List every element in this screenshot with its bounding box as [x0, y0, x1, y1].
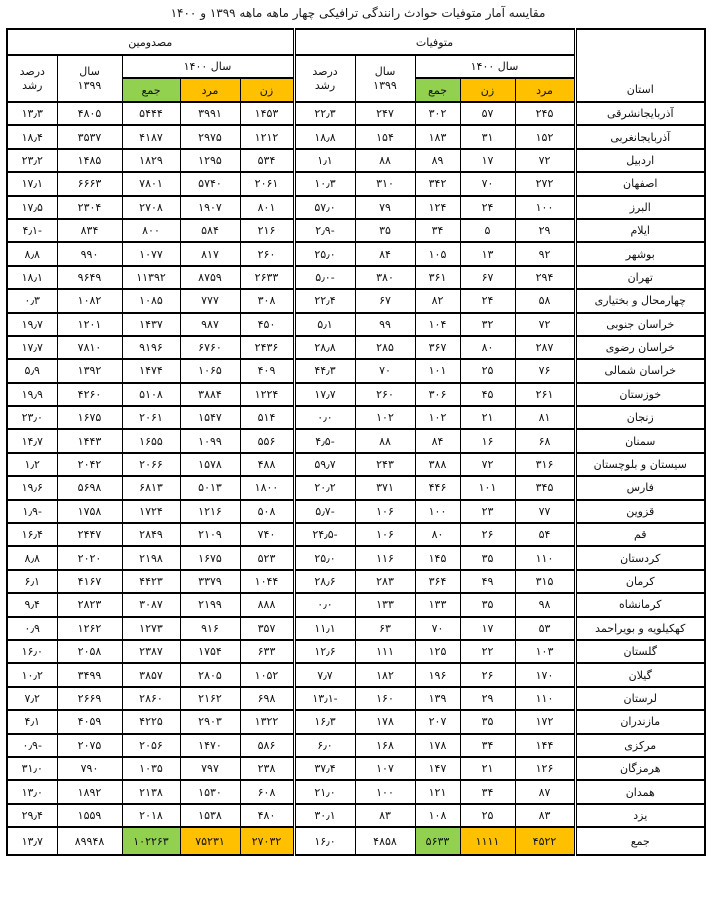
province-name: خراسان جنوبی: [575, 313, 705, 336]
injured-total: ۱۶۵۵: [122, 429, 180, 452]
injured-1399: ۲۰۲۰: [57, 546, 122, 569]
injured-total: ۱۲۷۳: [122, 617, 180, 640]
injured-male: ۲۹۷۵: [180, 125, 240, 148]
injured-growth: ۱٫۹-: [7, 500, 57, 523]
injured-female: ۶۳۳: [240, 640, 294, 663]
deaths-female: ۳۴: [460, 734, 515, 757]
injured-1399: ۸۹۹۴۸: [57, 827, 122, 855]
deaths-growth: ۴۴٫۳: [294, 359, 355, 382]
province-name: خراسان شمالی: [575, 359, 705, 382]
injured-total: ۲۰۱۸: [122, 804, 180, 827]
deaths-growth: ۳۰٫۱: [294, 804, 355, 827]
injured-male: ۷۹۷: [180, 757, 240, 780]
table-row: قم۵۴۲۶۸۰۱۰۶۲۴٫۵-۷۴۰۲۱۰۹۲۸۴۹۲۴۴۷۱۶٫۴: [7, 523, 705, 546]
deaths-male: ۵۳: [515, 617, 575, 640]
deaths-total: ۷۰: [415, 617, 460, 640]
deaths-female: ۲۱: [460, 406, 515, 429]
year1399-line2: ۱۳۹۹: [357, 79, 414, 93]
deaths-growth: ۲۵٫۰: [294, 242, 355, 265]
injured-1399: ۴۸۰۵: [57, 102, 122, 125]
deaths-total: ۱۰۸: [415, 804, 460, 827]
injured-1399: ۱۵۵۹: [57, 804, 122, 827]
group-header-deaths: متوفیات: [294, 29, 575, 55]
growth-line1: درصد: [9, 65, 56, 79]
table-row: لرستان۱۱۰۲۹۱۳۹۱۶۰۱۳٫۱-۶۹۸۲۱۶۲۲۸۶۰۲۶۶۹۷٫۲: [7, 687, 705, 710]
injured-female: ۳۰۸: [240, 289, 294, 312]
injured-female: ۲۶۳۳: [240, 266, 294, 289]
deaths-1399: ۱۱۱: [355, 640, 415, 663]
deaths-female: ۲۶: [460, 523, 515, 546]
table-row: ایلام۲۹۵۳۴۳۵۲٫۹-۲۱۶۵۸۴۸۰۰۸۳۴۴٫۱-: [7, 219, 705, 242]
deaths-female: ۳۵: [460, 593, 515, 616]
deaths-1399: ۳۷۱: [355, 476, 415, 499]
injured-male: ۹۸۷: [180, 313, 240, 336]
deaths-1399: ۱۰۷: [355, 757, 415, 780]
province-name: قم: [575, 523, 705, 546]
province-name: زنجان: [575, 406, 705, 429]
province-name: جمع: [575, 827, 705, 855]
deaths-total: ۸۹: [415, 149, 460, 172]
deaths-growth: ۲۲٫۴: [294, 289, 355, 312]
injured-1399: ۲۰۷۵: [57, 734, 122, 757]
deaths-sum-header: جمع: [415, 78, 460, 102]
injured-female: ۶۰۸: [240, 780, 294, 803]
growth-line2: رشد: [297, 79, 354, 93]
injured-female: ۱۸۰۰: [240, 476, 294, 499]
injured-male: ۱۲۹۵: [180, 149, 240, 172]
deaths-1399: ۳۸۰: [355, 266, 415, 289]
deaths-male: ۷۶: [515, 359, 575, 382]
deaths-total: ۱۰۴: [415, 313, 460, 336]
injured-growth: ۴٫۱: [7, 710, 57, 733]
injured-growth: ۸٫۸: [7, 242, 57, 265]
deaths-growth: ۰٫۰: [294, 593, 355, 616]
injured-growth: ۱۷٫۷: [7, 336, 57, 359]
injured-growth: ۱۹٫۹: [7, 383, 57, 406]
injured-female: ۵۱۴: [240, 406, 294, 429]
deaths-female: ۷۲: [460, 453, 515, 476]
province-name: سیستان و بلوچستان: [575, 453, 705, 476]
deaths-total: ۳۴۲: [415, 172, 460, 195]
injured-growth: ۲۳٫۲: [7, 149, 57, 172]
deaths-female: ۶۷: [460, 266, 515, 289]
year1399-line2: ۱۳۹۹: [59, 79, 121, 93]
deaths-male: ۶۸: [515, 429, 575, 452]
injured-1399: ۲۴۴۷: [57, 523, 122, 546]
province-name: یزد: [575, 804, 705, 827]
deaths-female: ۳۴: [460, 780, 515, 803]
deaths-growth: ۱۱٫۱: [294, 617, 355, 640]
table-row: خوزستان۲۶۱۴۵۳۰۶۲۶۰۱۷٫۷۱۲۲۴۳۸۸۴۵۱۰۸۴۲۶۰۱۹…: [7, 383, 705, 406]
deaths-1399: ۲۴۳: [355, 453, 415, 476]
deaths-growth: ۱۷٫۷: [294, 383, 355, 406]
injured-growth: ۱۶٫۰: [7, 640, 57, 663]
deaths-growth: ۲۴٫۵-: [294, 523, 355, 546]
deaths-growth: ۲۸٫۸: [294, 336, 355, 359]
deaths-growth: ۲۲٫۳: [294, 102, 355, 125]
deaths-total: ۳۶۷: [415, 336, 460, 359]
deaths-total: ۱۳۹: [415, 687, 460, 710]
deaths-total: ۱۲۵: [415, 640, 460, 663]
injured-male: ۷۵۲۳۱: [180, 827, 240, 855]
injured-male: ۵۰۱۳: [180, 476, 240, 499]
injured-1399: ۶۶۶۳: [57, 172, 122, 195]
injured-total: ۲۱۹۸: [122, 546, 180, 569]
injured-female: ۱۰۵۲: [240, 663, 294, 686]
table-row: خراسان رضوی۲۸۷۸۰۳۶۷۲۸۵۲۸٫۸۲۴۳۶۶۷۶۰۹۱۹۶۷۸…: [7, 336, 705, 359]
province-name: گلستان: [575, 640, 705, 663]
deaths-1399: ۷۰: [355, 359, 415, 382]
deaths-1399: ۱۳۳: [355, 593, 415, 616]
deaths-female: ۲۴: [460, 289, 515, 312]
deaths-growth: ۵٫۰-: [294, 266, 355, 289]
injured-1399: ۱۴۸۵: [57, 149, 122, 172]
injured-total: ۲۰۶۱: [122, 406, 180, 429]
deaths-female: ۲۵: [460, 359, 515, 382]
deaths-male: ۲۴۵: [515, 102, 575, 125]
deaths-1399: ۸۳: [355, 804, 415, 827]
injured-total: ۷۸۰۱: [122, 172, 180, 195]
deaths-total: ۴۴۶: [415, 476, 460, 499]
injured-total: ۹۱۹۶: [122, 336, 180, 359]
table-row: قزوین۷۷۲۳۱۰۰۱۰۶۵٫۷-۵۰۸۱۲۱۶۱۷۲۴۱۷۵۸۱٫۹-: [7, 500, 705, 523]
deaths-male: ۷۲: [515, 313, 575, 336]
deaths-1399: ۱۰۲: [355, 406, 415, 429]
province-name: لرستان: [575, 687, 705, 710]
year1399-line1: سال: [59, 65, 121, 79]
injured-growth: ۱۳٫۷: [7, 827, 57, 855]
deaths-female: ۷۰: [460, 172, 515, 195]
deaths-1399: ۷۹: [355, 196, 415, 219]
deaths-male: ۵۴: [515, 523, 575, 546]
injured-male: ۱۹۰۷: [180, 196, 240, 219]
province-name: البرز: [575, 196, 705, 219]
growth-line2: رشد: [9, 79, 56, 93]
deaths-female: ۲۴: [460, 196, 515, 219]
deaths-total: ۱۰۲: [415, 406, 460, 429]
deaths-male: ۳۱۵: [515, 570, 575, 593]
deaths-1399: ۸۴: [355, 242, 415, 265]
injured-1399: ۱۴۴۳: [57, 429, 122, 452]
deaths-total: ۸۲: [415, 289, 460, 312]
deaths-1399: ۱۰۰: [355, 780, 415, 803]
table-row: اردبیل۷۲۱۷۸۹۸۸۱٫۱۵۳۴۱۲۹۵۱۸۲۹۱۴۸۵۲۳٫۲: [7, 149, 705, 172]
injured-male: ۱۶۷۵: [180, 546, 240, 569]
injured-male: ۳۹۹۱: [180, 102, 240, 125]
table-body: آذربایجانشرقی۲۴۵۵۷۳۰۲۲۴۷۲۲٫۳۱۴۵۳۳۹۹۱۵۴۴۴…: [7, 102, 705, 855]
deaths-total: ۲۰۷: [415, 710, 460, 733]
province-name: آذربایجانشرقی: [575, 102, 705, 125]
injured-female: ۲۶۰: [240, 242, 294, 265]
injured-male: ۶۷۶۰: [180, 336, 240, 359]
deaths-female: ۴۵: [460, 383, 515, 406]
deaths-female: ۳۲: [460, 313, 515, 336]
injured-female: ۴۵۰: [240, 313, 294, 336]
injured-female: ۲۳۸: [240, 757, 294, 780]
table-row: کردستان۱۱۰۳۵۱۴۵۱۱۶۲۵٫۰۵۲۳۱۶۷۵۲۱۹۸۲۰۲۰۸٫۸: [7, 546, 705, 569]
injured-total: ۱۷۲۴: [122, 500, 180, 523]
table-row: مازندران۱۷۲۳۵۲۰۷۱۷۸۱۶٫۳۱۳۲۲۲۹۰۳۴۲۲۵۴۰۵۹۴…: [7, 710, 705, 733]
table-row: سیستان و بلوچستان۳۱۶۷۲۳۸۸۲۴۳۵۹٫۷۴۸۸۱۵۷۸۲…: [7, 453, 705, 476]
injured-total: ۲۳۸۷: [122, 640, 180, 663]
province-name: خراسان رضوی: [575, 336, 705, 359]
table-row: آذربایجانغربی۱۵۲۳۱۱۸۳۱۵۴۱۸٫۸۱۲۱۲۲۹۷۵۴۱۸۷…: [7, 125, 705, 148]
deaths-total: ۳۰۶: [415, 383, 460, 406]
injured-male: ۲۹۰۳: [180, 710, 240, 733]
deaths-total: ۸۰: [415, 523, 460, 546]
injured-1399: ۵۶۹۸: [57, 476, 122, 499]
injured-female: ۴۰۹: [240, 359, 294, 382]
injured-total: ۵۱۰۸: [122, 383, 180, 406]
injured-growth: ۸٫۸: [7, 546, 57, 569]
injured-total: ۳۰۸۷: [122, 593, 180, 616]
header-row-groups: استان متوفیات مصدومین: [7, 29, 705, 55]
deaths-total: ۳۴: [415, 219, 460, 242]
injured-female: ۲۱۶: [240, 219, 294, 242]
injured-total: ۱۱۳۹۲: [122, 266, 180, 289]
province-name: کهکیلویه و بویراحمد: [575, 617, 705, 640]
injured-male: ۱۵۳۸: [180, 804, 240, 827]
injured-male: ۲۱۹۹: [180, 593, 240, 616]
deaths-1399: ۹۹: [355, 313, 415, 336]
deaths-growth: ۱۶٫۰: [294, 827, 355, 855]
deaths-growth: ۱۳٫۱-: [294, 687, 355, 710]
deaths-female: ۱۶: [460, 429, 515, 452]
injured-female: ۵۲۳: [240, 546, 294, 569]
deaths-1399: ۱۵۴: [355, 125, 415, 148]
injured-growth: ۱۷٫۵: [7, 196, 57, 219]
deaths-growth: ۵۹٫۷: [294, 453, 355, 476]
deaths-growth: ۲۰٫۲: [294, 476, 355, 499]
injured-male: ۱۲۱۶: [180, 500, 240, 523]
deaths-1399: ۱۷۸: [355, 710, 415, 733]
injured-female: ۱۳۲۲: [240, 710, 294, 733]
deaths-1399: ۱۰۶: [355, 523, 415, 546]
injured-1399: ۲۶۶۹: [57, 687, 122, 710]
injured-growth: ۲۳٫۰: [7, 406, 57, 429]
province-name: همدان: [575, 780, 705, 803]
injured-total: ۶۸۱۳: [122, 476, 180, 499]
injured-male: ۹۱۶: [180, 617, 240, 640]
deaths-total: ۱۸۳: [415, 125, 460, 148]
injured-1399: ۱۲۰۱: [57, 313, 122, 336]
deaths-female: ۵۷: [460, 102, 515, 125]
table-row: آذربایجانشرقی۲۴۵۵۷۳۰۲۲۴۷۲۲٫۳۱۴۵۳۳۹۹۱۵۴۴۴…: [7, 102, 705, 125]
deaths-male: ۷۲: [515, 149, 575, 172]
province-name: ایلام: [575, 219, 705, 242]
injured-female: ۵۸۶: [240, 734, 294, 757]
deaths-male: ۹۸: [515, 593, 575, 616]
injured-growth: ۲۹٫۴: [7, 804, 57, 827]
deaths-total: ۳۶۴: [415, 570, 460, 593]
province-name: بوشهر: [575, 242, 705, 265]
injured-1399: ۳۴۹۹: [57, 663, 122, 686]
injured-male: ۸۷۵۹: [180, 266, 240, 289]
table-row: خراسان شمالی۷۶۲۵۱۰۱۷۰۴۴٫۳۴۰۹۱۰۶۵۱۴۷۴۱۳۹۲…: [7, 359, 705, 382]
injured-total: ۱۴۷۴: [122, 359, 180, 382]
deaths-female: ۵: [460, 219, 515, 242]
deaths-male: ۹۲: [515, 242, 575, 265]
deaths-total: ۳۸۸: [415, 453, 460, 476]
province-name: آذربایجانغربی: [575, 125, 705, 148]
injured-female: ۱۲۲۴: [240, 383, 294, 406]
province-name: فارس: [575, 476, 705, 499]
injured-female: ۴۸۰: [240, 804, 294, 827]
injured-male: ۵۸۴: [180, 219, 240, 242]
deaths-total: ۱۹۶: [415, 663, 460, 686]
deaths-female: ۲۵: [460, 804, 515, 827]
deaths-growth: ۱۰٫۳: [294, 172, 355, 195]
deaths-female: ۲۶: [460, 663, 515, 686]
injured-1399: ۹۹۰: [57, 242, 122, 265]
injured-female: ۳۵۷: [240, 617, 294, 640]
injured-growth: ۳۱٫۰: [7, 757, 57, 780]
injured-female: ۸۰۱: [240, 196, 294, 219]
deaths-growth: ۱۶٫۳: [294, 710, 355, 733]
injured-1399: ۱۶۷۵: [57, 406, 122, 429]
province-name: کرمان: [575, 570, 705, 593]
table-row: زنجان۸۱۲۱۱۰۲۱۰۲۰٫۰۵۱۴۱۵۴۷۲۰۶۱۱۶۷۵۲۳٫۰: [7, 406, 705, 429]
injured-1399: ۹۶۴۹: [57, 266, 122, 289]
injured-female: ۷۴۰: [240, 523, 294, 546]
injured-1399: ۳۵۳۷: [57, 125, 122, 148]
injured-total: ۱۰۸۵: [122, 289, 180, 312]
injured-total: ۴۴۲۳: [122, 570, 180, 593]
deaths-female: ۱۱۱۱: [460, 827, 515, 855]
injured-male: ۳۸۸۴: [180, 383, 240, 406]
deaths-female-header: زن: [460, 78, 515, 102]
deaths-growth-header: درصد رشد: [294, 55, 355, 102]
injured-female: ۵۵۶: [240, 429, 294, 452]
injured-total: ۲۰۶۶: [122, 453, 180, 476]
injured-growth: ۱۳٫۰: [7, 780, 57, 803]
deaths-female: ۳۵: [460, 546, 515, 569]
injured-male: ۲۸۰۵: [180, 663, 240, 686]
province-name: چهارمحال و بختیاری: [575, 289, 705, 312]
province-name: قزوین: [575, 500, 705, 523]
injured-total: ۲۰۵۶: [122, 734, 180, 757]
injured-male: ۸۱۷: [180, 242, 240, 265]
table-row: گلستان۱۰۳۲۲۱۲۵۱۱۱۱۲٫۶۶۳۳۱۷۵۴۲۳۸۷۲۰۵۸۱۶٫۰: [7, 640, 705, 663]
injured-1399: ۷۸۱۰: [57, 336, 122, 359]
deaths-total: ۱۴۵: [415, 546, 460, 569]
deaths-1399: ۱۱۶: [355, 546, 415, 569]
injured-growth: ۱۹٫۷: [7, 313, 57, 336]
injured-1399: ۱۰۸۲: [57, 289, 122, 312]
deaths-growth: ۵٫۱: [294, 313, 355, 336]
growth-line1: درصد: [297, 65, 354, 79]
deaths-female: ۱۳: [460, 242, 515, 265]
deaths-growth: ۶٫۰: [294, 734, 355, 757]
deaths-1399: ۶۳: [355, 617, 415, 640]
deaths-male: ۲۷۲: [515, 172, 575, 195]
deaths-total: ۱۰۱: [415, 359, 460, 382]
deaths-1399: ۳۵: [355, 219, 415, 242]
province-name: اردبیل: [575, 149, 705, 172]
deaths-male: ۱۴۴: [515, 734, 575, 757]
table-row: تهران۲۹۴۶۷۳۶۱۳۸۰۵٫۰-۲۶۳۳۸۷۵۹۱۱۳۹۲۹۶۴۹۱۸٫…: [7, 266, 705, 289]
deaths-male: ۱۰۳: [515, 640, 575, 663]
deaths-total: ۱۲۴: [415, 196, 460, 219]
deaths-male: ۳۴۵: [515, 476, 575, 499]
deaths-year1400-header: سال ۱۴۰۰: [415, 55, 575, 78]
stats-table: استان متوفیات مصدومین سال ۱۴۰۰ سال ۱۳۹۹ …: [6, 28, 706, 856]
total-row: جمع۴۵۲۲۱۱۱۱۵۶۳۳۴۸۵۸۱۶٫۰۲۷۰۳۲۷۵۲۳۱۱۰۲۲۶۳۸…: [7, 827, 705, 855]
deaths-total: ۱۰۵: [415, 242, 460, 265]
province-name: کردستان: [575, 546, 705, 569]
deaths-1399: ۱۶۰: [355, 687, 415, 710]
deaths-1399: ۱۰۶: [355, 500, 415, 523]
injured-1399: ۲۰۵۸: [57, 640, 122, 663]
injured-female-header: زن: [240, 78, 294, 102]
injured-growth: ۱۶٫۴: [7, 523, 57, 546]
injured-male: ۲۱۶۲: [180, 687, 240, 710]
deaths-female: ۱۷: [460, 617, 515, 640]
deaths-female: ۲۱: [460, 757, 515, 780]
deaths-growth: ۳۷٫۴: [294, 757, 355, 780]
injured-female: ۵۳۴: [240, 149, 294, 172]
table-row: کرمانشاه۹۸۳۵۱۳۳۱۳۳۰٫۰۸۸۸۲۱۹۹۳۰۸۷۲۸۲۳۹٫۴: [7, 593, 705, 616]
deaths-total: ۱۴۷: [415, 757, 460, 780]
deaths-male: ۱۷۰: [515, 663, 575, 686]
deaths-1399: ۸۸: [355, 149, 415, 172]
injured-growth: ۱۷٫۱: [7, 172, 57, 195]
table-row: سمنان۶۸۱۶۸۴۸۸۴٫۵-۵۵۶۱۰۹۹۱۶۵۵۱۴۴۳۱۴٫۷: [7, 429, 705, 452]
deaths-male: ۸۳: [515, 804, 575, 827]
deaths-total: ۳۶۱: [415, 266, 460, 289]
deaths-male: ۲۹۴: [515, 266, 575, 289]
injured-1399: ۴۱۶۷: [57, 570, 122, 593]
province-name: اصفهان: [575, 172, 705, 195]
deaths-growth: ۵۷٫۰: [294, 196, 355, 219]
deaths-1399: ۲۴۷: [355, 102, 415, 125]
injured-growth: ۵٫۹: [7, 359, 57, 382]
deaths-year1399-header: سال ۱۳۹۹: [355, 55, 415, 102]
deaths-1399: ۲۸۳: [355, 570, 415, 593]
injured-female: ۲۰۶۱: [240, 172, 294, 195]
injured-total: ۱۰۳۵: [122, 757, 180, 780]
injured-male: ۵۷۴۰: [180, 172, 240, 195]
deaths-growth: ۴٫۵-: [294, 429, 355, 452]
injured-sum-header: جمع: [122, 78, 180, 102]
injured-total: ۴۲۲۵: [122, 710, 180, 733]
deaths-female: ۲۹: [460, 687, 515, 710]
province-name: تهران: [575, 266, 705, 289]
injured-female: ۱۴۵۳: [240, 102, 294, 125]
deaths-1399: ۳۱۰: [355, 172, 415, 195]
deaths-growth: ۲٫۹-: [294, 219, 355, 242]
injured-1399: ۱۲۶۲: [57, 617, 122, 640]
injured-growth: ۱٫۲: [7, 453, 57, 476]
province-name: کرمانشاه: [575, 593, 705, 616]
injured-growth: ۰٫۹-: [7, 734, 57, 757]
deaths-male: ۲۹: [515, 219, 575, 242]
deaths-1399: ۱۶۸: [355, 734, 415, 757]
year1399-line1: سال: [357, 65, 414, 79]
injured-female: ۶۹۸: [240, 687, 294, 710]
injured-growth: ۱۸٫۱: [7, 266, 57, 289]
injured-growth: ۱۴٫۷: [7, 429, 57, 452]
injured-1399: ۱۸۹۲: [57, 780, 122, 803]
injured-male: ۱۵۷۸: [180, 453, 240, 476]
deaths-growth: ۲۸٫۶: [294, 570, 355, 593]
injured-growth: ۶٫۱: [7, 570, 57, 593]
deaths-male: ۸۱: [515, 406, 575, 429]
injured-year1399-header: سال ۱۳۹۹: [57, 55, 122, 102]
injured-female: ۵۰۸: [240, 500, 294, 523]
injured-female: ۲۴۳۶: [240, 336, 294, 359]
table-row: البرز۱۰۰۲۴۱۲۴۷۹۵۷٫۰۸۰۱۱۹۰۷۲۷۰۸۲۳۰۴۱۷٫۵: [7, 196, 705, 219]
